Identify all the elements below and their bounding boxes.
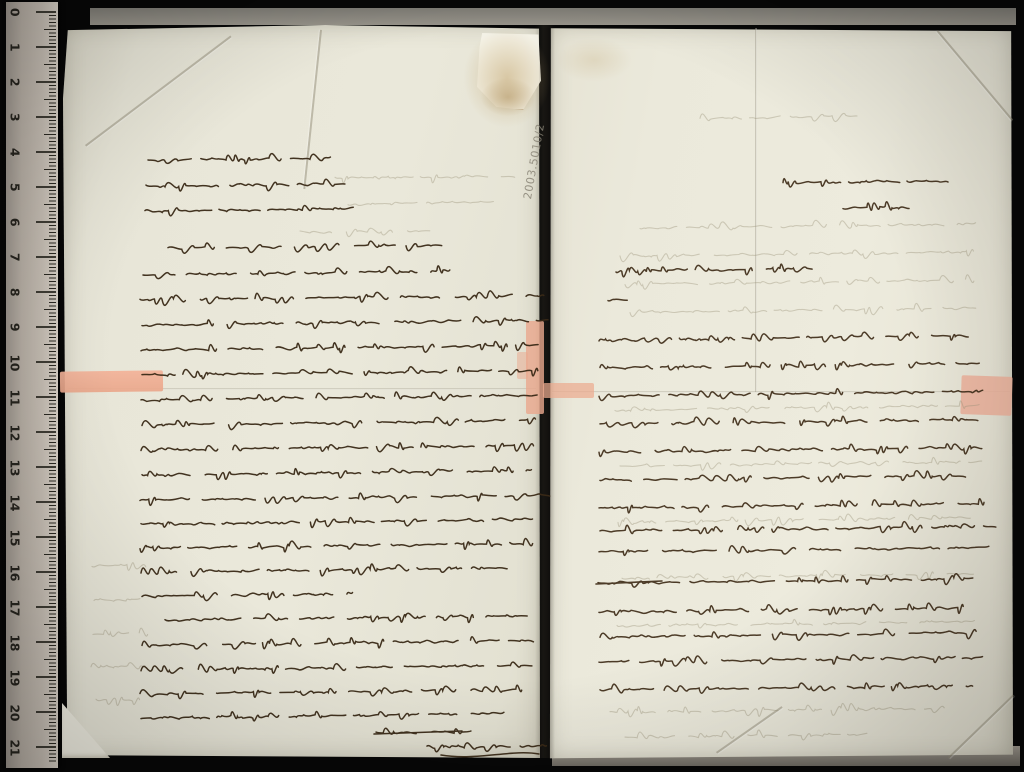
tape-repair-left (60, 370, 163, 392)
ruler-number: 15 (6, 530, 24, 545)
tape-repair-center-horizontal (543, 383, 594, 398)
backing-board-top (90, 8, 1016, 25)
fold-line-horizontal-right (552, 391, 1010, 393)
cm-ruler: 0123456789101112131415161718192021 (6, 2, 58, 768)
ruler-number: 20 (6, 705, 24, 720)
ruler-number: 21 (6, 740, 24, 755)
tape-repair-center-blotch (517, 352, 528, 379)
ruler-number: 12 (6, 425, 24, 440)
tape-repair-center-vertical (526, 321, 544, 414)
ruler-number: 11 (6, 390, 24, 405)
tape-repair-right (960, 375, 1012, 416)
ruler-number: 18 (6, 635, 24, 650)
ruler-number: 3 (6, 110, 24, 125)
stain (481, 78, 535, 116)
stain (556, 38, 632, 82)
ruler-number: 6 (6, 215, 24, 230)
ruler-number: 13 (6, 460, 24, 475)
fold-line-vertical-right (755, 28, 757, 392)
ruler-number: 16 (6, 565, 24, 580)
ruler-number: 8 (6, 285, 24, 300)
ruler-number: 10 (6, 355, 24, 370)
ruler-number: 5 (6, 180, 24, 195)
ruler-number: 14 (6, 495, 24, 510)
ruler-number: 2 (6, 75, 24, 90)
ruler-number: 17 (6, 600, 24, 615)
ruler-number: 1 (6, 40, 24, 55)
ruler-number: 19 (6, 670, 24, 685)
ruler-number: 7 (6, 250, 24, 265)
manuscript-scan: 0123456789101112131415161718192021 2003.… (0, 0, 1024, 772)
ruler-number: 9 (6, 320, 24, 335)
ruler-number: 4 (6, 145, 24, 160)
ruler-number: 0 (6, 5, 24, 20)
